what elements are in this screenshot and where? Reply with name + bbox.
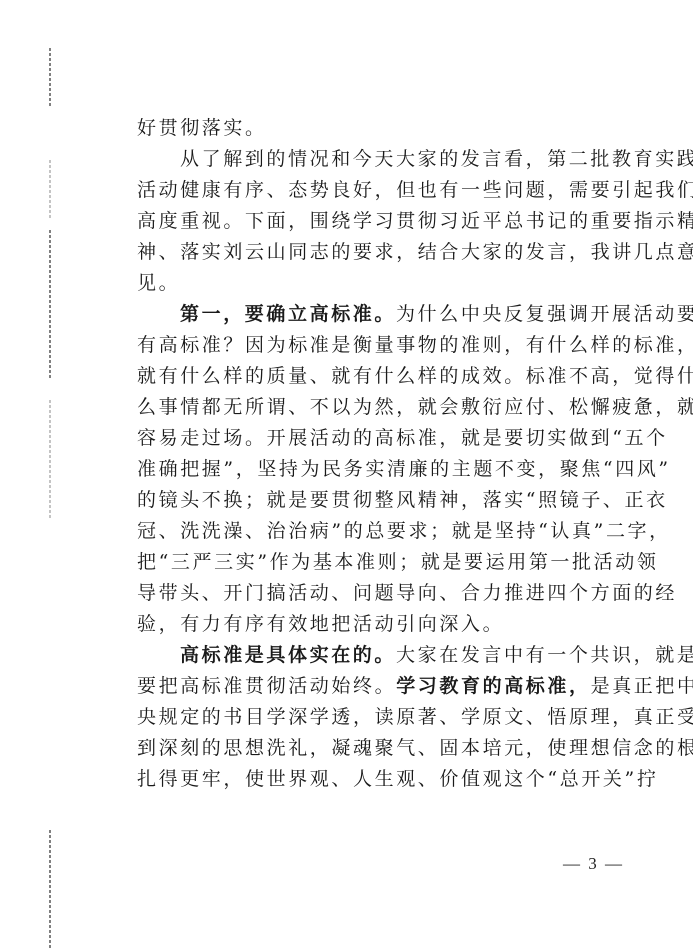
- text-line: 么事情都无所谓、不以为然，就会敷衍应付、松懈疲惫，就: [137, 392, 597, 423]
- text-line: 高标准是具体实在的。大家在发言中有一个共识，就是: [137, 640, 597, 671]
- text-line: 的镜头不换；就是要贯彻整风精神，落实“照镜子、正衣: [137, 485, 597, 516]
- body-text: 大家在发言中有一个共识，就是: [396, 644, 693, 666]
- body-text: 央规定的书目学深学透，读原著、学原文、悟原理，真正受: [137, 706, 693, 728]
- text-line: 就有什么样的质量、就有什么样的成效。标准不高，觉得什: [137, 361, 597, 392]
- body-text: 扎得更牢，使世界观、人生观、价值观这个“总开关”拧: [137, 768, 658, 790]
- paragraph: 好贯彻落实。: [137, 113, 597, 144]
- body-text: 高度重视。下面，围绕学习贯彻习近平总书记的重要指示精: [137, 210, 693, 232]
- paragraph: 从了解到的情况和今天大家的发言看，第二批教育实践活动健康有序、态势良好，但也有一…: [137, 144, 597, 299]
- bold-heading-text: 高标准是具体实在的。: [180, 644, 396, 666]
- text-line: 活动健康有序、态势良好，但也有一些问题，需要引起我们: [137, 175, 597, 206]
- body-text: 好贯彻落实。: [137, 117, 267, 139]
- scan-binding-line-low: [49, 400, 51, 520]
- scan-binding-line-top: [49, 48, 51, 108]
- text-line: 见。: [137, 268, 597, 299]
- bold-heading-text: 学习教育的高标准，: [396, 675, 590, 697]
- text-line: 到深刻的思想洗礼，凝魂聚气、固本培元，使理想信念的根: [137, 733, 597, 764]
- text-line: 第一，要确立高标准。为什么中央反复强调开展活动要: [137, 299, 597, 330]
- text-line: 容易走过场。开展活动的高标准，就是要切实做到“五个: [137, 423, 597, 454]
- paragraph: 高标准是具体实在的。大家在发言中有一个共识，就是要把高标准贯彻活动始终。学习教育…: [137, 640, 597, 795]
- body-text: 容易走过场。开展活动的高标准，就是要切实做到“五个: [137, 427, 668, 449]
- text-line: 准确把握”，坚持为民务实清廉的主题不变，聚焦“四风”: [137, 454, 597, 485]
- body-text: 见。: [137, 272, 180, 294]
- body-text: 神、落实刘云山同志的要求，结合大家的发言，我讲几点意: [137, 241, 693, 263]
- text-line: 从了解到的情况和今天大家的发言看，第二批教育实践: [137, 144, 597, 175]
- text-line: 神、落实刘云山同志的要求，结合大家的发言，我讲几点意: [137, 237, 597, 268]
- text-line: 扎得更牢，使世界观、人生观、价值观这个“总开关”拧: [137, 764, 597, 795]
- body-text: 是真正把中: [591, 675, 693, 697]
- body-text: 准确把握”，坚持为民务实清廉的主题不变，聚焦“四风”: [137, 458, 671, 480]
- document-page-body: 好贯彻落实。从了解到的情况和今天大家的发言看，第二批教育实践活动健康有序、态势良…: [137, 113, 597, 795]
- body-text: 验，有力有序有效地把活动引向深入。: [137, 613, 504, 635]
- body-text: 么事情都无所谓、不以为然，就会敷衍应付、松懈疲惫，就: [137, 396, 693, 418]
- scan-binding-line-bottom: [49, 830, 51, 950]
- text-line: 导带头、开门搞活动、问题导向、合力推进四个方面的经: [137, 578, 597, 609]
- text-line: 把“三严三实”作为基本准则；就是要运用第一批活动领: [137, 547, 597, 578]
- paragraph: 第一，要确立高标准。为什么中央反复强调开展活动要有高标准？因为标准是衡量事物的准…: [137, 299, 597, 640]
- body-text: 为什么中央反复强调开展活动要: [396, 303, 693, 325]
- body-text: 要把高标准贯彻活动始终。: [137, 675, 396, 697]
- text-line: 验，有力有序有效地把活动引向深入。: [137, 609, 597, 640]
- body-text: 从了解到的情况和今天大家的发言看，第二批教育实践: [180, 148, 693, 170]
- bold-heading-text: 第一，要确立高标准。: [180, 303, 396, 325]
- body-text: 活动健康有序、态势良好，但也有一些问题，需要引起我们: [137, 179, 693, 201]
- body-text: 导带头、开门搞活动、问题导向、合力推进四个方面的经: [137, 582, 677, 604]
- body-text: 有高标准？因为标准是衡量事物的准则，有什么样的标准，: [137, 334, 693, 356]
- text-line: 好贯彻落实。: [137, 113, 597, 144]
- body-text: 到深刻的思想洗礼，凝魂聚气、固本培元，使理想信念的根: [137, 737, 693, 759]
- page-number: — 3 —: [563, 854, 624, 874]
- text-line: 冠、洗洗澡、治治病”的总要求；就是坚持“认真”二字，: [137, 516, 597, 547]
- scan-binding-line-mid: [49, 160, 51, 220]
- text-line: 有高标准？因为标准是衡量事物的准则，有什么样的标准，: [137, 330, 597, 361]
- body-text: 冠、洗洗澡、治治病”的总要求；就是坚持“认真”二字，: [137, 520, 671, 542]
- body-text: 把“三严三实”作为基本准则；就是要运用第一批活动领: [137, 551, 658, 573]
- text-line: 要把高标准贯彻活动始终。学习教育的高标准，是真正把中: [137, 671, 597, 702]
- text-line: 高度重视。下面，围绕学习贯彻习近平总书记的重要指示精: [137, 206, 597, 237]
- text-line: 央规定的书目学深学透，读原著、学原文、悟原理，真正受: [137, 702, 597, 733]
- scan-binding-line-mid2: [49, 230, 51, 380]
- body-text: 的镜头不换；就是要贯彻整风精神，落实“照镜子、正衣: [137, 489, 668, 511]
- body-text: 就有什么样的质量、就有什么样的成效。标准不高，觉得什: [137, 365, 693, 387]
